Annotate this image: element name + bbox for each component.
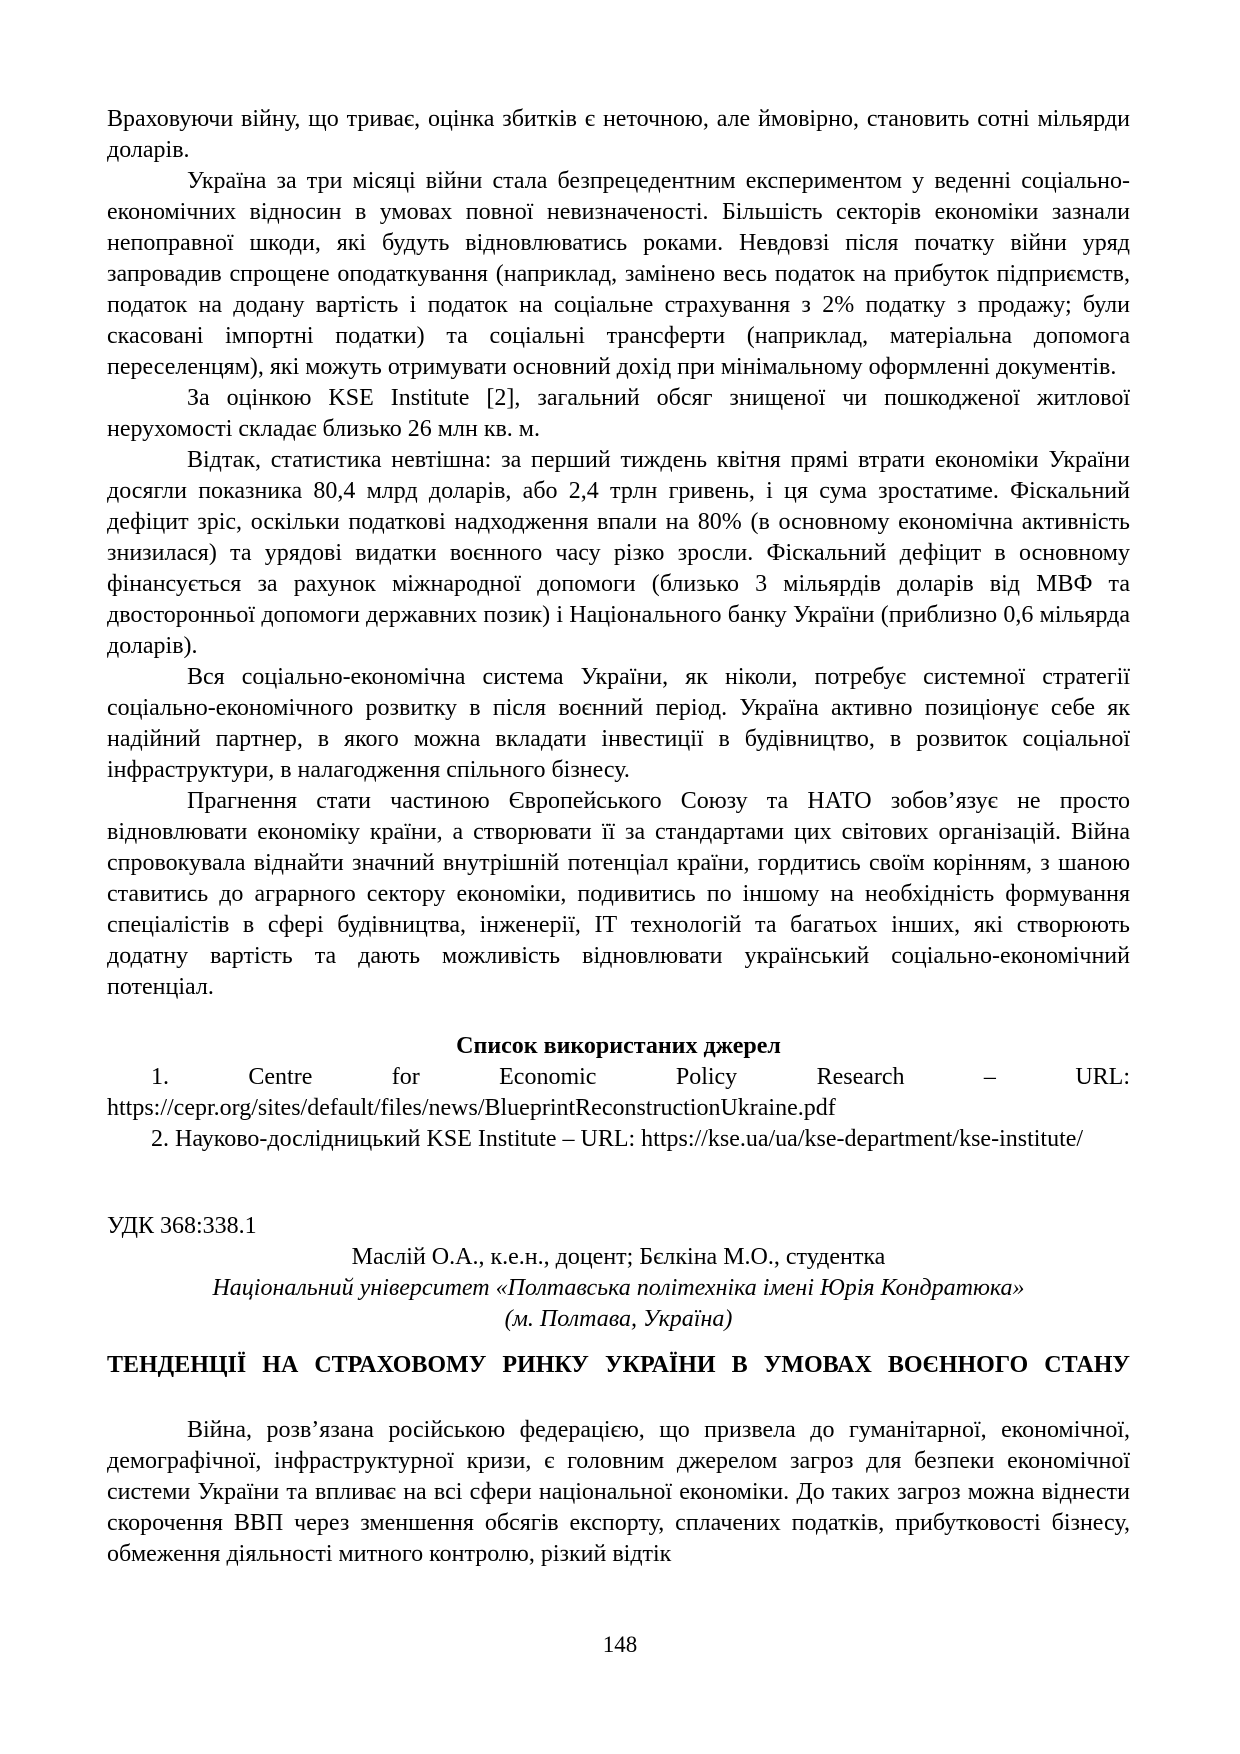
- udk-code: УДК 368:338.1: [107, 1211, 1130, 1242]
- page-number: 148: [0, 1630, 1240, 1660]
- affiliation-line: Національний університет «Полтавська пол…: [107, 1273, 1130, 1304]
- article-title: ТЕНДЕНЦІЇ НА СТРАХОВОМУ РИНКУ УКРАЇНИ В …: [107, 1350, 1130, 1381]
- paragraph: Вся соціально-економічна система України…: [107, 662, 1130, 786]
- paragraph: Прагнення стати частиною Європейського С…: [107, 786, 1130, 1003]
- paragraph: Війна, розв’язана російською федерацією,…: [107, 1415, 1130, 1570]
- location-line: (м. Полтава, Україна): [107, 1304, 1130, 1335]
- reference-item: 1. Centre for Economic Policy Research –…: [107, 1062, 1130, 1124]
- paragraph: Враховуючи війну, що триває, оцінка збит…: [107, 104, 1130, 166]
- page: Враховуючи війну, що триває, оцінка збит…: [0, 0, 1240, 1754]
- article-end-section: Враховуючи війну, що триває, оцінка збит…: [107, 104, 1130, 1155]
- paragraph: Відтак, статистика невтішна: за перший т…: [107, 445, 1130, 662]
- paragraph: За оцінкою KSE Institute [2], загальний …: [107, 383, 1130, 445]
- next-article-section: УДК 368:338.1 Маслій О.А., к.е.н., доцен…: [107, 1211, 1130, 1570]
- paragraph: Україна за три місяці війни стала безпре…: [107, 166, 1130, 383]
- reference-item: 2. Науково-дослідницький KSE Institute –…: [107, 1124, 1130, 1155]
- authors-line: Маслій О.А., к.е.н., доцент; Бєлкіна М.О…: [107, 1242, 1130, 1273]
- references-heading: Список використаних джерел: [107, 1031, 1130, 1062]
